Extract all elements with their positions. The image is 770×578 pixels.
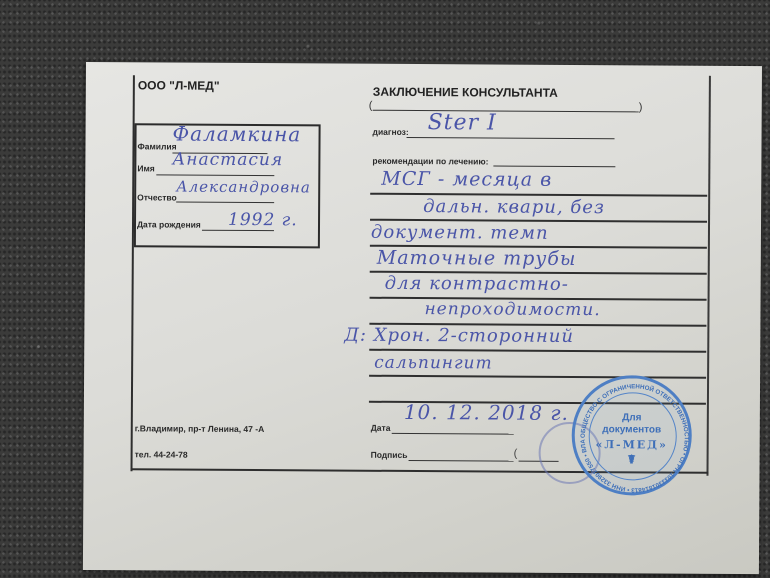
form-paper: ООО "Л-МЕД" ЗАКЛЮЧЕНИЕ КОНСУЛЬТАНТА ( ) … — [83, 62, 762, 574]
rec-line-7[interactable]: Д: Хрон. 2-сторонний — [344, 325, 574, 347]
name-label: Имя — [137, 163, 154, 173]
consultant-name-line — [373, 110, 639, 113]
recommendations-header-line — [493, 165, 615, 167]
recommendations-label: рекомендации по лечению: — [372, 156, 488, 167]
dob-value[interactable]: 1992 г. — [228, 210, 298, 230]
patient-info-box: Фамилия Фаламкина Имя Анастасия Отчество… — [134, 123, 321, 248]
dob-label: Дата рождения — [137, 219, 201, 229]
stamp-inner-ring — [588, 392, 677, 481]
rec-line-4[interactable]: Маточные трубы — [377, 247, 577, 270]
surname-value[interactable]: Фаламкина — [172, 122, 301, 147]
patronymic-value[interactable]: Александровна — [176, 178, 311, 197]
surname-label: Фамилия — [137, 141, 176, 151]
rec-line-2[interactable]: дальн. квари, без — [423, 196, 605, 218]
rec-line-3[interactable]: документ. темп — [371, 222, 549, 244]
patronymic-label: Отчество — [137, 192, 177, 202]
caduceus-icon: ☤ — [575, 452, 689, 467]
signature-line — [409, 460, 514, 462]
stamp-text-line1: Для — [575, 412, 689, 424]
rec-rule-1 — [370, 193, 707, 197]
rec-line-1[interactable]: МСГ - месяца в — [381, 168, 552, 191]
rec-line-5[interactable]: для контрастно- — [385, 273, 569, 295]
form-title: ЗАКЛЮЧЕНИЕ КОНСУЛЬТАНТА — [373, 85, 558, 100]
name-value[interactable]: Анастасия — [172, 150, 283, 171]
diagnosis-value[interactable]: Ster I — [428, 110, 497, 135]
consultant-paren-close: ) — [639, 101, 643, 113]
name-line — [156, 174, 274, 176]
patronymic-line — [176, 202, 274, 204]
stamp-text-line2: документов — [575, 424, 689, 436]
signature-label: Подпись — [371, 450, 408, 460]
diagnosis-label: диагноз: — [373, 127, 409, 137]
rec-rule-7 — [369, 349, 706, 353]
clinic-address: г.Владимир, пр-т Ленина, 47 -А — [135, 423, 265, 434]
company-name: ООО "Л-МЕД" — [138, 78, 220, 92]
company-stamp: ОБЩЕСТВО С ОГРАНИЧЕННОЙ ОТВЕТСТВЕННОСТЬЮ… — [571, 375, 692, 496]
diagnosis-line — [407, 137, 615, 139]
rec-line-8[interactable]: сальпингит — [374, 353, 493, 374]
clinic-phone: тел. 44-24-78 — [135, 449, 188, 459]
rec-line-6[interactable]: непроходимости. — [424, 299, 600, 320]
date-label: Дата — [371, 423, 391, 433]
frame-right-border — [706, 76, 710, 476]
date-value[interactable]: 10. 12. 2018 г. — [404, 400, 569, 425]
date-line — [392, 433, 514, 435]
signature-paren: ( — [514, 448, 518, 460]
stamp-text-line3: «Л-МЕД» — [575, 438, 689, 452]
